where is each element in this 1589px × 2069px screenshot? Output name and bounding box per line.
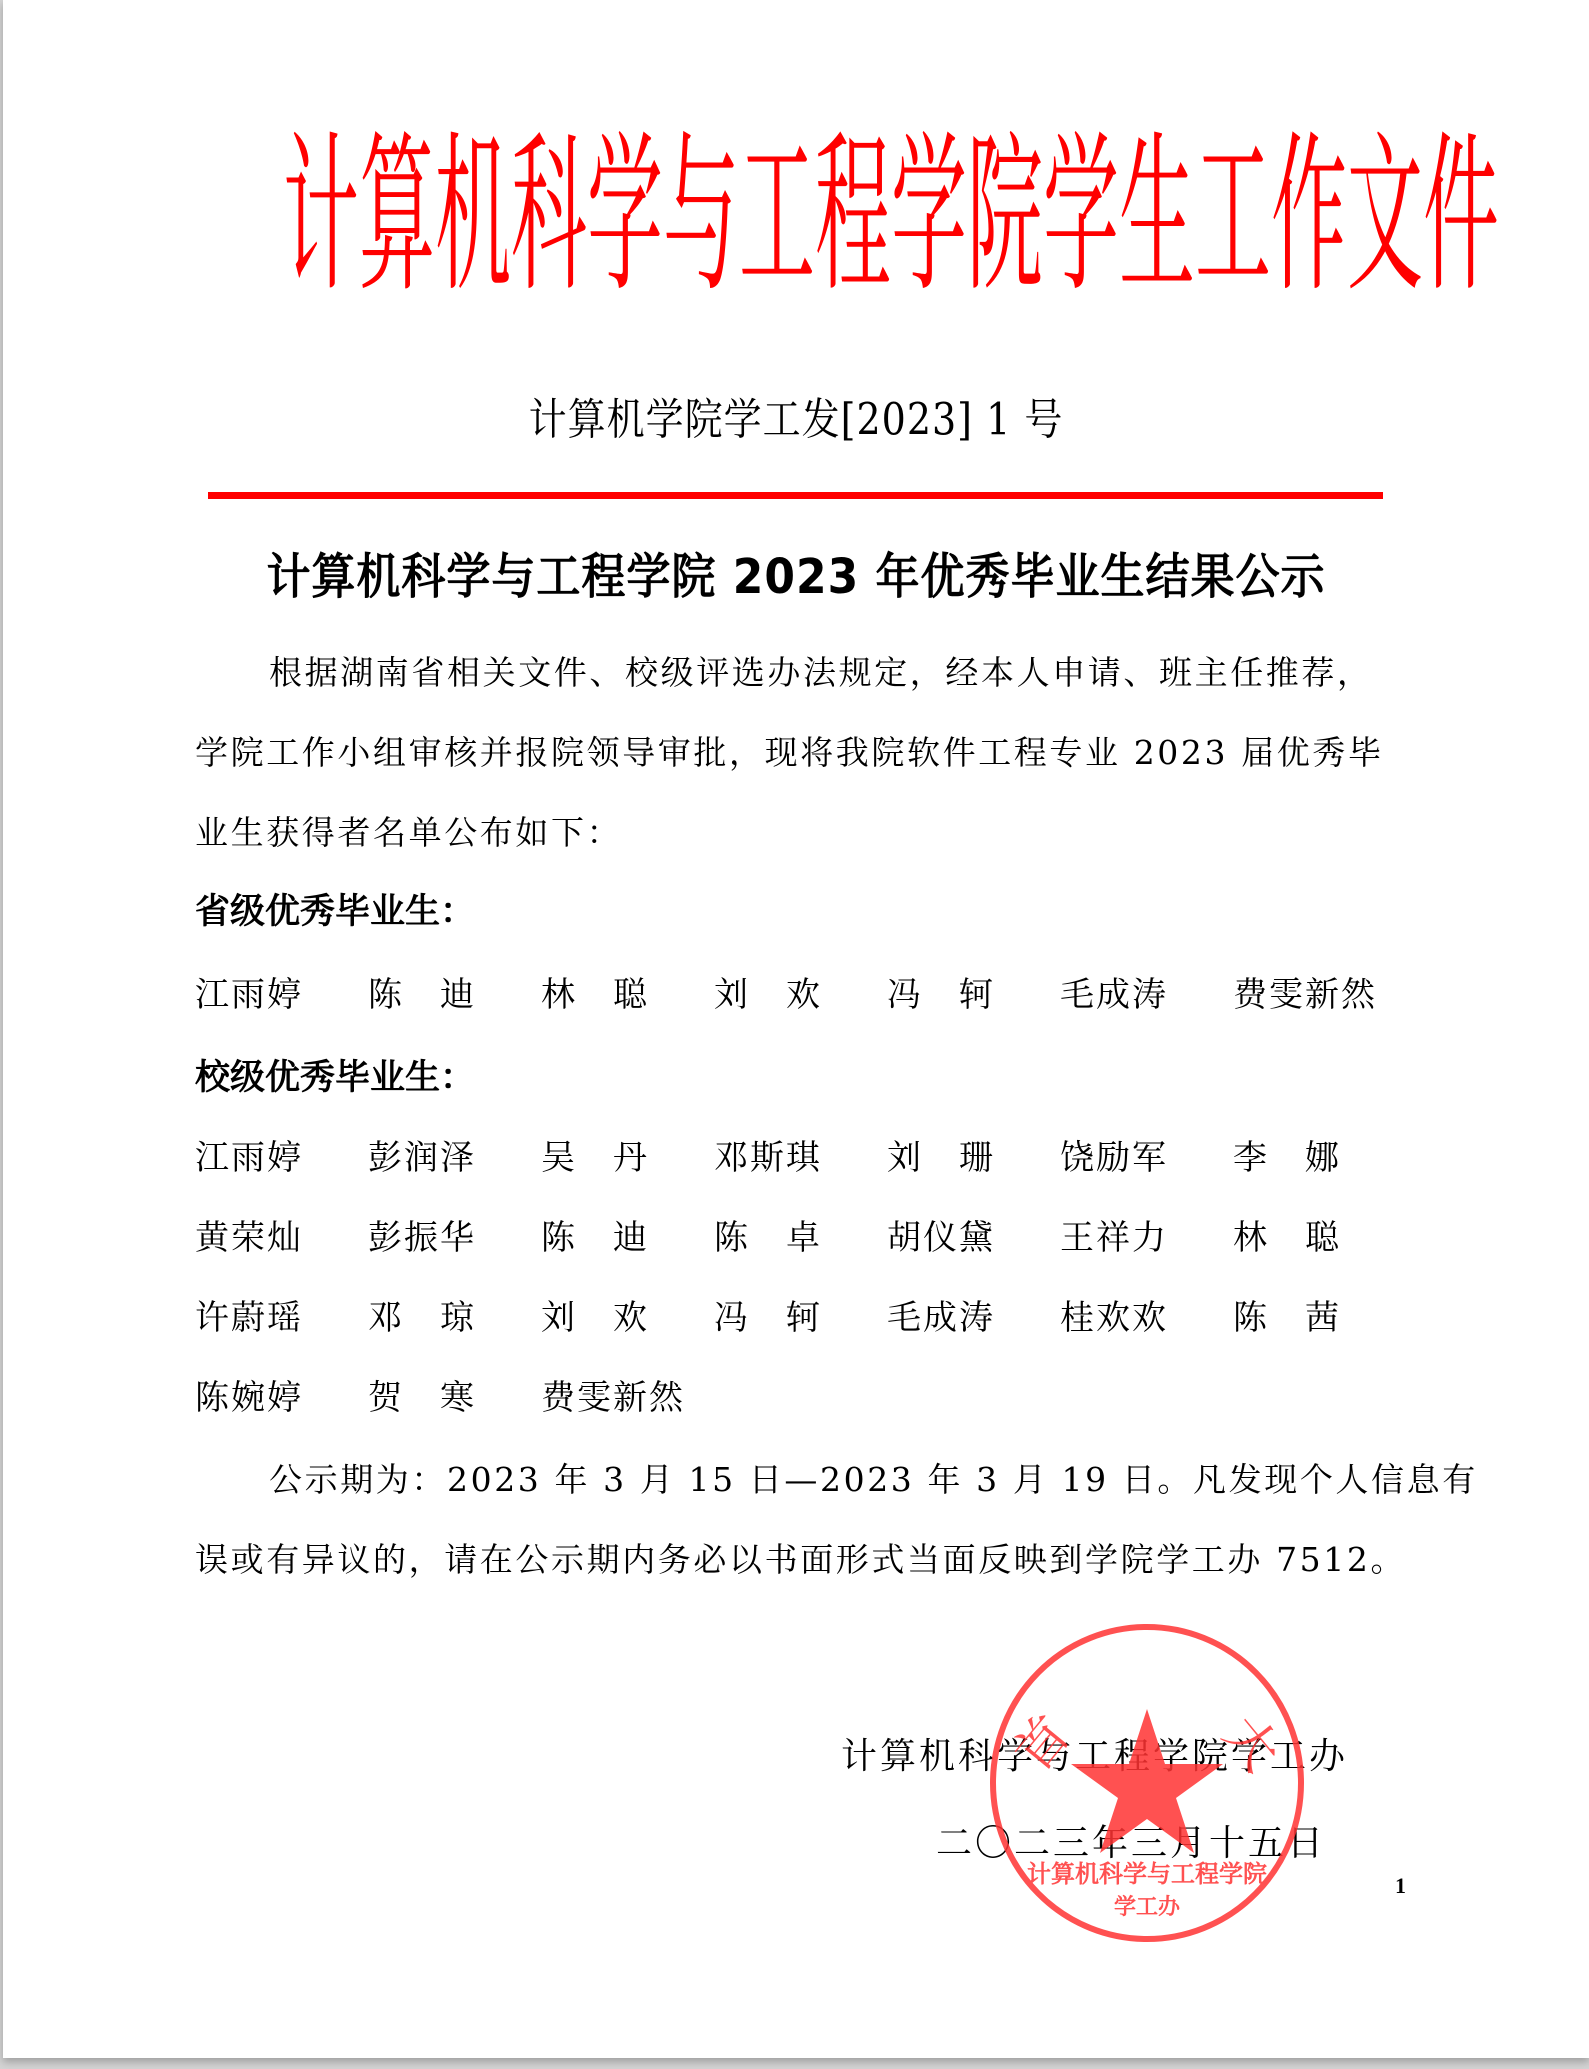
- student-name: 陈 卓: [714, 1198, 822, 1278]
- student-name: 陈婉婷: [195, 1358, 303, 1438]
- official-stamp: 首 大 计算机科学与工程学院 学工办: [988, 1624, 1306, 1942]
- student-name: 桂欢欢: [1060, 1278, 1168, 1358]
- student-name: 毛成涛: [887, 1278, 995, 1358]
- student-name: 胡仪黛: [887, 1198, 995, 1278]
- main-title: 计算机科学与工程学院 2023 年优秀毕业生结果公示: [3, 537, 1589, 607]
- letterhead-char: 作: [1271, 131, 1347, 302]
- student-name: 陈 迪: [368, 955, 476, 1035]
- notice-line-2: 误或有异议的，请在公示期内务必以书面形式当面反映到学院学工办 7512。: [195, 1520, 1405, 1600]
- student-name: 许蔚瑶: [195, 1278, 303, 1358]
- letterhead-char: 机: [435, 131, 511, 302]
- student-name: 江雨婷: [195, 955, 303, 1035]
- stamp-seal-icon: 首 大 计算机科学与工程学院 学工办: [988, 1624, 1306, 1942]
- letterhead-char: 件: [1423, 131, 1499, 302]
- letterhead-char: 科: [511, 131, 587, 302]
- student-name: 贺 寒: [368, 1358, 476, 1438]
- letterhead-title: 计算机科学与工程学院学生工作文件: [283, 128, 1317, 304]
- document-page: 计算机科学与工程学院学生工作文件 计算机学院学工发[2023] 1 号 计算机科…: [3, 0, 1589, 2058]
- document-number: 计算机学院学工发[2023] 1 号: [3, 384, 1589, 447]
- student-name: 费雯新然: [1233, 955, 1377, 1035]
- letterhead-char: 学: [891, 131, 967, 302]
- letterhead-char: 工: [1195, 131, 1271, 302]
- student-name: 饶励军: [1060, 1118, 1168, 1198]
- letterhead-char: 计: [283, 131, 359, 302]
- student-name: 冯 轲: [714, 1278, 822, 1358]
- name-row: 许蔚瑶邓 琼刘 欢冯 轲毛成涛桂欢欢陈 茜: [195, 1278, 1405, 1358]
- student-name: 李 娜: [1233, 1118, 1341, 1198]
- school-heading: 校级优秀毕业生：: [195, 1038, 1405, 1118]
- student-name: 冯 轲: [887, 955, 995, 1035]
- name-row: 江雨婷陈 迪林 聪刘 欢冯 轲毛成涛费雯新然: [195, 955, 1405, 1035]
- school-name-list: 江雨婷彭润泽吴 丹邓斯琪刘 珊饶励军李 娜黄荣灿彭振华陈 迪陈 卓胡仪黛王祥力林…: [195, 1118, 1405, 1438]
- student-name: 彭润泽: [368, 1118, 476, 1198]
- student-name: 江雨婷: [195, 1118, 303, 1198]
- letterhead-char: 工: [739, 131, 815, 302]
- student-name: 邓斯琪: [714, 1118, 822, 1198]
- name-row: 陈婉婷贺 寒费雯新然: [195, 1358, 1405, 1438]
- student-name: 陈 茜: [1233, 1278, 1341, 1358]
- name-row: 黄荣灿彭振华陈 迪陈 卓胡仪黛王祥力林 聪: [195, 1198, 1405, 1278]
- student-name: 林 聪: [1233, 1198, 1341, 1278]
- letterhead-char: 学: [1043, 131, 1119, 302]
- student-name: 邓 琼: [368, 1278, 476, 1358]
- intro-paragraph: 根据湖南省相关文件、校级评选办法规定，经本人申请、班主任推荐， 学院工作小组审核…: [195, 633, 1405, 873]
- page-number: 1: [1395, 1873, 1406, 1899]
- student-name: 刘 欢: [541, 1278, 649, 1358]
- student-name: 费雯新然: [541, 1358, 685, 1438]
- provincial-name-list: 江雨婷陈 迪林 聪刘 欢冯 轲毛成涛费雯新然: [195, 955, 1405, 1035]
- notice-paragraph: 公示期为：2023 年 3 月 15 日—2023 年 3 月 19 日。凡发现…: [195, 1440, 1405, 1600]
- letterhead-char: 学: [587, 131, 663, 302]
- letterhead-char: 算: [359, 131, 435, 302]
- student-name: 彭振华: [368, 1198, 476, 1278]
- intro-line-2: 学院工作小组审核并报院领导审批，现将我院软件工程专业 2023 届优秀毕: [195, 713, 1405, 793]
- student-name: 吴 丹: [541, 1118, 649, 1198]
- letterhead-char: 程: [815, 131, 891, 302]
- student-name: 陈 迪: [541, 1198, 649, 1278]
- letterhead-char: 生: [1119, 131, 1195, 302]
- red-divider-line: [208, 492, 1383, 499]
- letterhead-char: 文: [1347, 131, 1423, 302]
- letterhead-char: 院: [967, 131, 1043, 302]
- student-name: 黄荣灿: [195, 1198, 303, 1278]
- svg-text:学工办: 学工办: [1114, 1894, 1181, 1920]
- student-name: 王祥力: [1060, 1198, 1168, 1278]
- student-name: 刘 欢: [714, 955, 822, 1035]
- student-name: 刘 珊: [887, 1118, 995, 1198]
- svg-text:计算机科学与工程学院: 计算机科学与工程学院: [1027, 1860, 1267, 1888]
- letterhead-char: 与: [663, 131, 739, 302]
- intro-line-3: 业生获得者名单公布如下：: [195, 793, 1405, 873]
- provincial-heading: 省级优秀毕业生：: [195, 872, 1405, 952]
- notice-line-1: 公示期为：2023 年 3 月 15 日—2023 年 3 月 19 日。凡发现…: [195, 1440, 1405, 1520]
- student-name: 林 聪: [541, 955, 649, 1035]
- name-row: 江雨婷彭润泽吴 丹邓斯琪刘 珊饶励军李 娜: [195, 1118, 1405, 1198]
- intro-line-1: 根据湖南省相关文件、校级评选办法规定，经本人申请、班主任推荐，: [195, 633, 1405, 713]
- student-name: 毛成涛: [1060, 955, 1168, 1035]
